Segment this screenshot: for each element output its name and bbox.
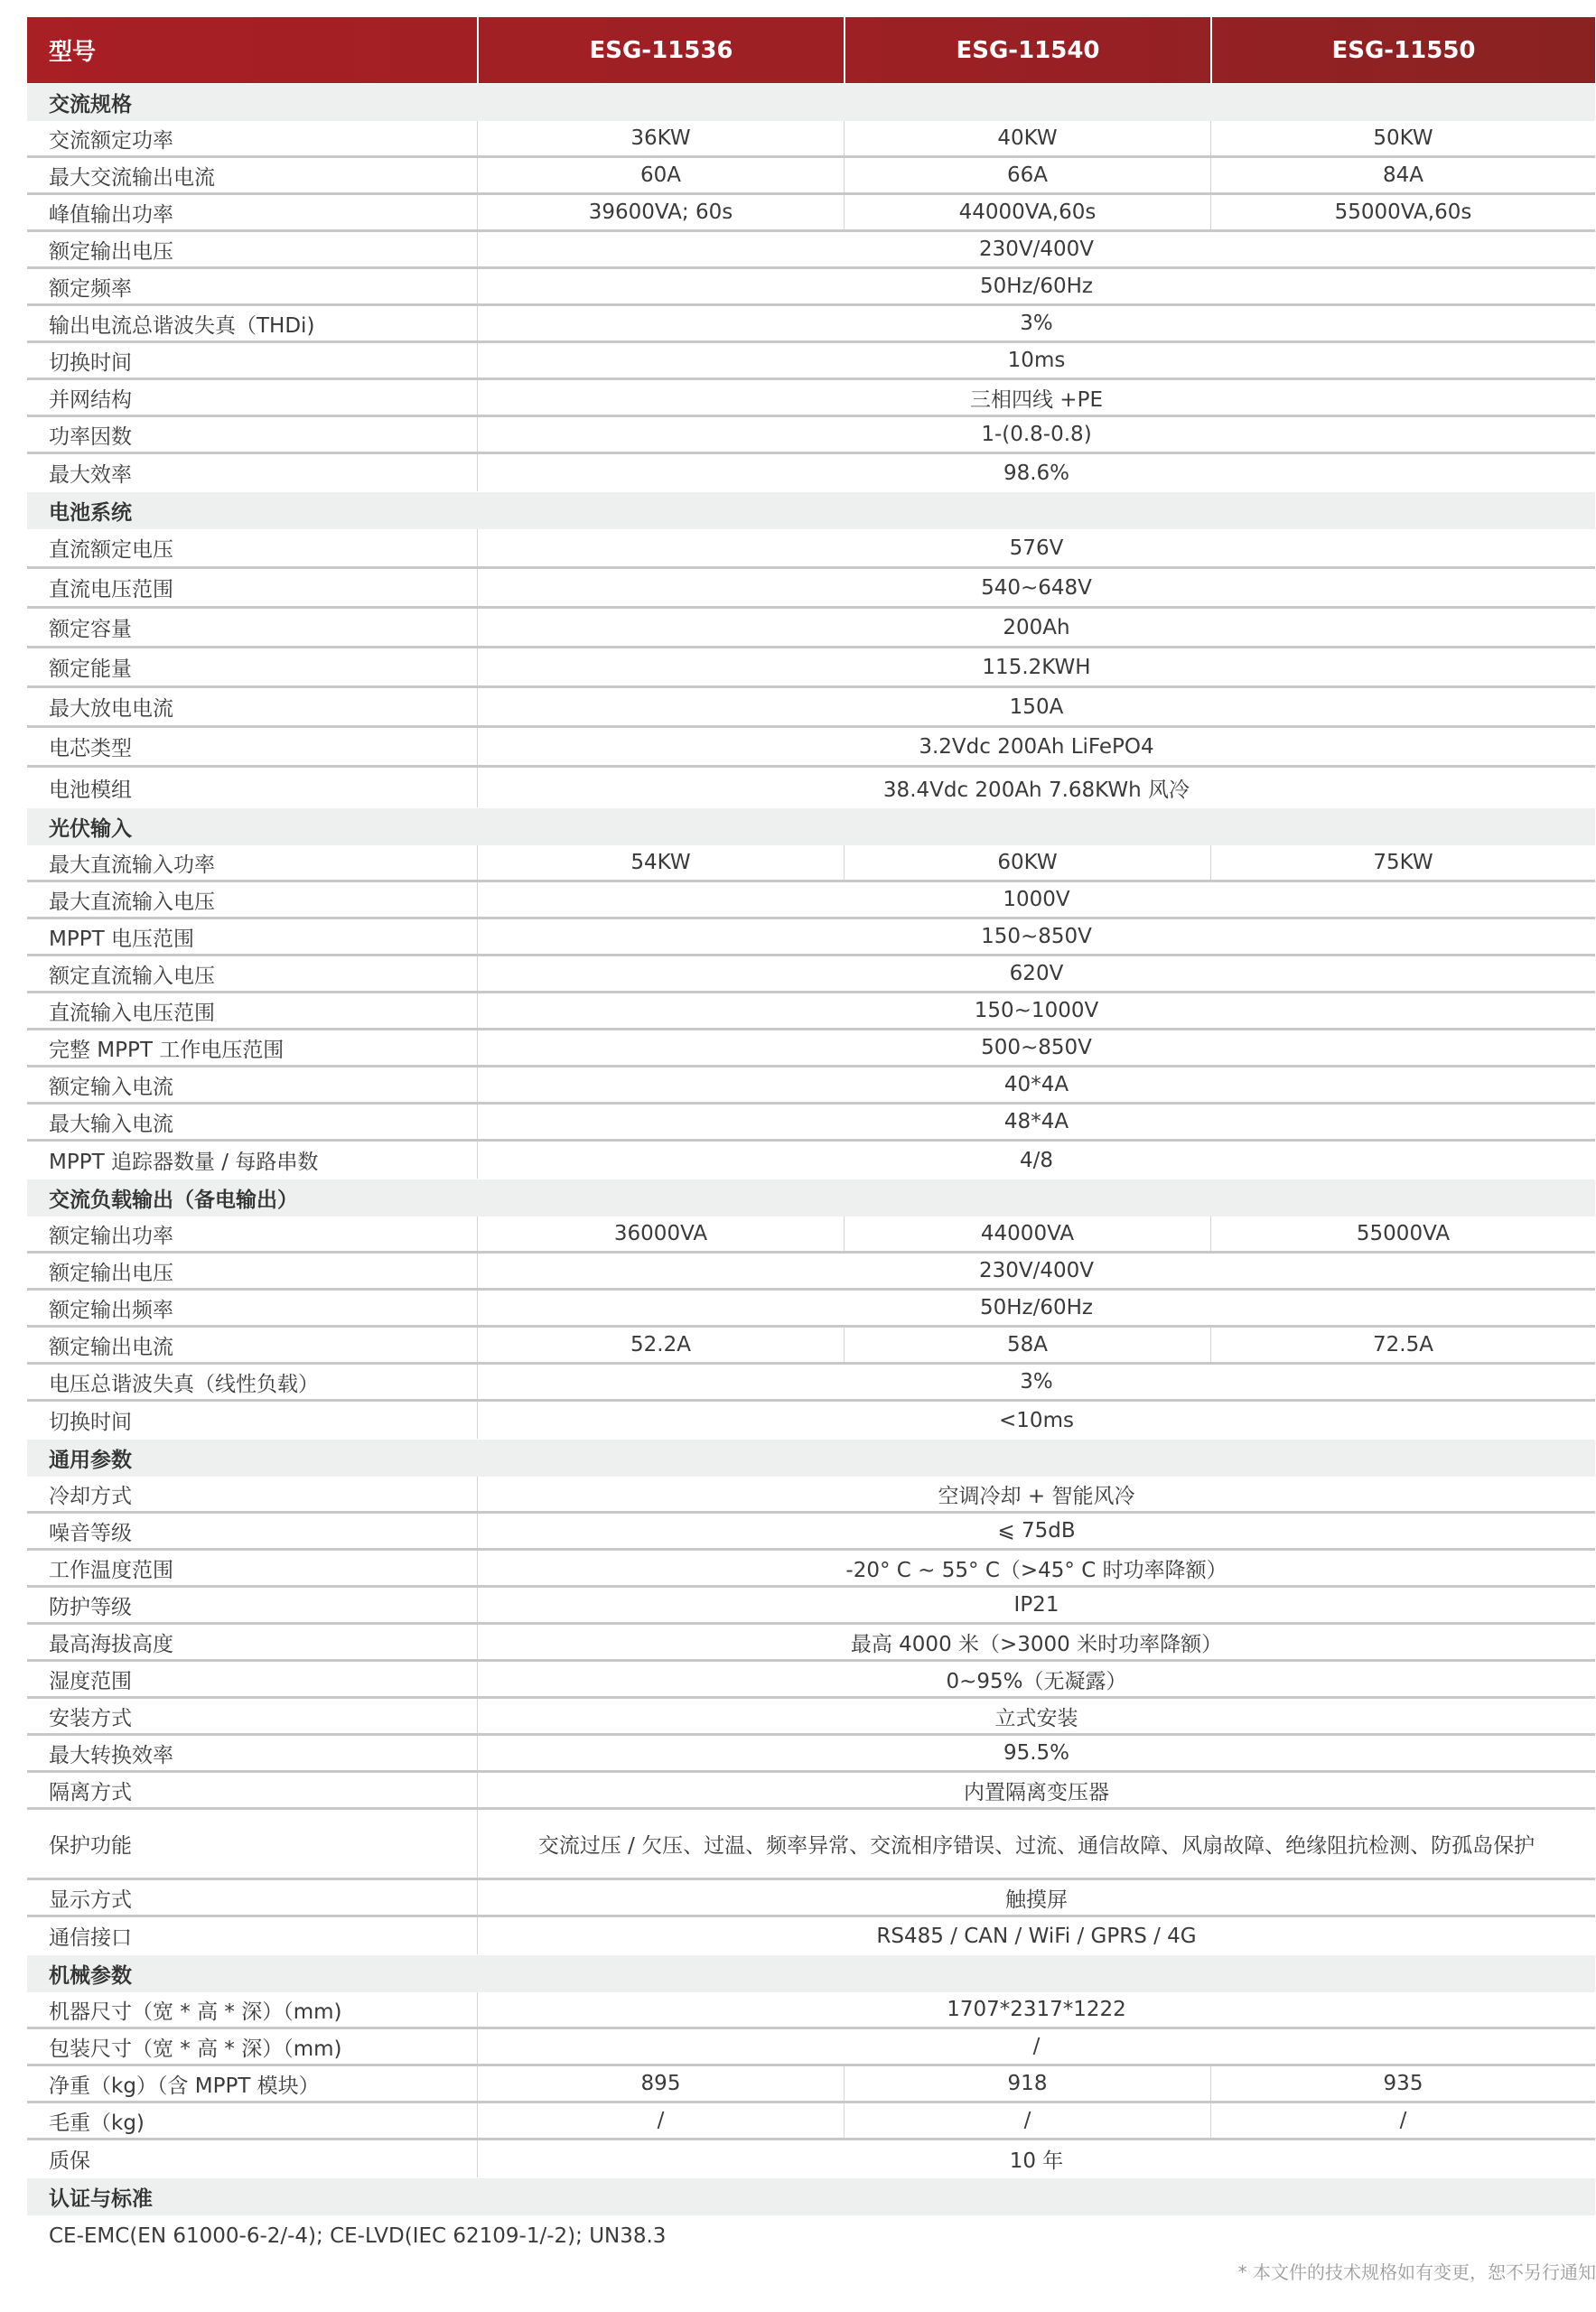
row-value-shared: 40*4A xyxy=(477,1067,1595,1102)
row-value-model-3: 935 xyxy=(1210,2066,1595,2101)
row-value-model-1: 895 xyxy=(477,2066,844,2101)
row-value-shared: ⩽ 75dB xyxy=(477,1514,1595,1548)
table-row: 额定容量200Ah xyxy=(27,609,1595,648)
row-label: 并网结构 xyxy=(27,380,477,415)
table-header: 型号 ESG-11536 ESG-11540 ESG-11550 xyxy=(27,17,1595,83)
header-label: 型号 xyxy=(27,17,477,83)
row-label: 完整 MPPT 工作电压范围 xyxy=(27,1030,477,1065)
table-row: 电压总谐波失真（线性负载）3% xyxy=(27,1365,1595,1402)
row-value-shared: 空调冷却 + 智能风冷 xyxy=(477,1477,1595,1511)
row-value-shared: 3.2Vdc 200Ah LiFePO4 xyxy=(477,728,1595,765)
row-label: 包装尺寸（宽 * 高 * 深）（mm) xyxy=(27,2029,477,2064)
row-label: MPPT 追踪器数量 / 每路串数 xyxy=(27,1142,477,1179)
section-header: 交流负载输出（备电输出） xyxy=(27,1179,1595,1217)
row-value-model-1: / xyxy=(477,2103,844,2138)
row-label: 最大输入电流 xyxy=(27,1105,477,1139)
row-label: 显示方式 xyxy=(27,1880,477,1915)
row-value-model-2: 44000VA xyxy=(844,1217,1210,1251)
table-row: 防护等级IP21 xyxy=(27,1588,1595,1625)
row-value-shared: 10 年 xyxy=(477,2140,1595,2177)
row-label: 直流额定电压 xyxy=(27,529,477,566)
row-label: 湿度范围 xyxy=(27,1662,477,1696)
table-row: MPPT 追踪器数量 / 每路串数4/8 xyxy=(27,1142,1595,1179)
certification-text: CE-EMC(EN 61000-6-2/-4); CE-LVD(IEC 6210… xyxy=(27,2215,1595,2256)
row-value-shared: 115.2KWH xyxy=(477,648,1595,685)
footnote: * 本文件的技术规格如有变更，恕不另行通知 xyxy=(1238,2258,1596,2284)
row-label: 净重（kg）（含 MPPT 模块） xyxy=(27,2066,477,2101)
table-row: 最大交流输出电流60A66A84A xyxy=(27,158,1595,195)
header-model-3: ESG-11550 xyxy=(1210,17,1595,83)
table-row: 直流电压范围540~648V xyxy=(27,569,1595,609)
table-row: 最大直流输入电压1000V xyxy=(27,882,1595,919)
row-value-shared: 交流过压 / 欠压、过温、频率异常、交流相序错误、过流、通信故障、风扇故障、绝缘… xyxy=(477,1810,1595,1878)
row-label: 额定输出电压 xyxy=(27,1254,477,1288)
table-row: 最大输入电流48*4A xyxy=(27,1105,1595,1142)
row-value-model-1: 36000VA xyxy=(477,1217,844,1251)
row-value-shared: 1000V xyxy=(477,882,1595,917)
row-value-model-2: 918 xyxy=(844,2066,1210,2101)
table-row: 额定输出频率50Hz/60Hz xyxy=(27,1291,1595,1328)
table-row: 最大转换效率95.5% xyxy=(27,1736,1595,1773)
table-row: 质保10 年 xyxy=(27,2140,1595,2177)
row-label: 功率因数 xyxy=(27,417,477,452)
row-label: 最高海拔高度 xyxy=(27,1625,477,1659)
table-row: 安装方式立式安装 xyxy=(27,1699,1595,1736)
row-label: 安装方式 xyxy=(27,1699,477,1733)
table-row: 最大效率98.6% xyxy=(27,454,1595,491)
row-value-shared: 95.5% xyxy=(477,1736,1595,1770)
section-header: 通用参数 xyxy=(27,1440,1595,1477)
row-value-model-3: 50KW xyxy=(1210,121,1595,155)
table-row: 切换时间10ms xyxy=(27,343,1595,380)
row-label: 最大直流输入电压 xyxy=(27,882,477,917)
row-value-shared: 50Hz/60Hz xyxy=(477,1291,1595,1325)
row-value-shared: 576V xyxy=(477,529,1595,566)
row-label: 额定频率 xyxy=(27,269,477,303)
row-label: 峰值输出功率 xyxy=(27,195,477,229)
row-value-shared: 150~1000V xyxy=(477,993,1595,1028)
row-label: 毛重（kg) xyxy=(27,2103,477,2138)
row-value-model-1: 60A xyxy=(477,158,844,192)
row-label: 最大直流输入功率 xyxy=(27,845,477,880)
row-value-model-1: 36KW xyxy=(477,121,844,155)
table-row: 通信接口RS485 / CAN / WiFi / GPRS / 4G xyxy=(27,1917,1595,1954)
row-value-model-1: 39600VA; 60s xyxy=(477,195,844,229)
row-value-shared: 230V/400V xyxy=(477,1254,1595,1288)
row-value-model-1: 54KW xyxy=(477,845,844,880)
row-label: 保护功能 xyxy=(27,1810,477,1878)
section-header: 机械参数 xyxy=(27,1955,1595,1992)
table-row: 额定输入电流40*4A xyxy=(27,1067,1595,1105)
row-value-shared: 0~95%（无凝露） xyxy=(477,1662,1595,1696)
row-label: 最大交流输出电流 xyxy=(27,158,477,192)
table-row: 电池模组38.4Vdc 200Ah 7.68KWh 风冷 xyxy=(27,768,1595,807)
row-value-shared: 50Hz/60Hz xyxy=(477,269,1595,303)
row-label: 直流输入电压范围 xyxy=(27,993,477,1028)
row-label: 额定输入电流 xyxy=(27,1067,477,1102)
row-label: 额定容量 xyxy=(27,609,477,646)
table-row: 最高海拔高度最高 4000 米（>3000 米时功率降额） xyxy=(27,1625,1595,1662)
table-row: 最大直流输入功率54KW60KW75KW xyxy=(27,845,1595,882)
table-row: 额定输出功率36000VA44000VA55000VA xyxy=(27,1217,1595,1254)
row-value-shared: 10ms xyxy=(477,343,1595,378)
row-value-shared: <10ms xyxy=(477,1402,1595,1439)
row-label: 切换时间 xyxy=(27,1402,477,1439)
spec-table: 型号 ESG-11536 ESG-11540 ESG-11550 交流规格交流额… xyxy=(27,17,1595,2256)
row-value-shared: 150~850V xyxy=(477,919,1595,954)
row-value-model-3: / xyxy=(1210,2103,1595,2138)
row-value-shared: 三相四线 +PE xyxy=(477,380,1595,415)
row-value-shared: 触摸屏 xyxy=(477,1880,1595,1915)
row-value-shared: 500~850V xyxy=(477,1030,1595,1065)
header-model-1: ESG-11536 xyxy=(477,17,844,83)
table-row: 交流额定功率36KW40KW50KW xyxy=(27,121,1595,158)
row-label: 机器尺寸（宽 * 高 * 深）（mm) xyxy=(27,1992,477,2027)
section-header: 电池系统 xyxy=(27,492,1595,529)
row-value-model-2: 60KW xyxy=(844,845,1210,880)
row-value-model-3: 55000VA xyxy=(1210,1217,1595,1251)
table-row: 额定频率50Hz/60Hz xyxy=(27,269,1595,306)
table-body: 交流规格交流额定功率36KW40KW50KW最大交流输出电流60A66A84A峰… xyxy=(27,84,1595,2256)
table-row: 功率因数1-(0.8-0.8) xyxy=(27,417,1595,454)
row-value-shared: 620V xyxy=(477,956,1595,991)
table-row: 噪音等级⩽ 75dB xyxy=(27,1514,1595,1551)
row-value-shared: 1-(0.8-0.8) xyxy=(477,417,1595,452)
table-row: 湿度范围0~95%（无凝露） xyxy=(27,1662,1595,1699)
table-row: 冷却方式空调冷却 + 智能风冷 xyxy=(27,1477,1595,1514)
row-label: 额定输出功率 xyxy=(27,1217,477,1251)
table-row: MPPT 电压范围150~850V xyxy=(27,919,1595,956)
row-label: 额定输出电流 xyxy=(27,1328,477,1362)
row-value-shared: -20° C ~ 55° C（>45° C 时功率降额） xyxy=(477,1551,1595,1585)
table-row: 净重（kg）（含 MPPT 模块）895918935 xyxy=(27,2066,1595,2103)
row-value-shared: 1707*2317*1222 xyxy=(477,1992,1595,2027)
row-label: 隔离方式 xyxy=(27,1773,477,1807)
header-model-2: ESG-11540 xyxy=(844,17,1210,83)
table-row: 输出电流总谐波失真（THDi)3% xyxy=(27,306,1595,343)
table-row: 直流输入电压范围150~1000V xyxy=(27,993,1595,1030)
table-row: 机器尺寸（宽 * 高 * 深）（mm)1707*2317*1222 xyxy=(27,1992,1595,2029)
table-row: 额定能量115.2KWH xyxy=(27,648,1595,688)
row-value-shared: 立式安装 xyxy=(477,1699,1595,1733)
row-label: 最大转换效率 xyxy=(27,1736,477,1770)
row-value-model-2: 44000VA,60s xyxy=(844,195,1210,229)
row-label: 质保 xyxy=(27,2140,477,2177)
row-value-model-3: 55000VA,60s xyxy=(1210,195,1595,229)
row-label: 冷却方式 xyxy=(27,1477,477,1511)
table-row: 工作温度范围-20° C ~ 55° C（>45° C 时功率降额） xyxy=(27,1551,1595,1588)
row-label: 输出电流总谐波失真（THDi) xyxy=(27,306,477,340)
row-label: 电池模组 xyxy=(27,768,477,807)
table-row: 隔离方式内置隔离变压器 xyxy=(27,1773,1595,1810)
row-value-model-3: 75KW xyxy=(1210,845,1595,880)
table-row: 保护功能交流过压 / 欠压、过温、频率异常、交流相序错误、过流、通信故障、风扇故… xyxy=(27,1810,1595,1880)
row-value-model-1: 52.2A xyxy=(477,1328,844,1362)
row-label: 防护等级 xyxy=(27,1588,477,1622)
row-label: 额定输出电压 xyxy=(27,232,477,266)
row-label: 最大放电电流 xyxy=(27,688,477,725)
row-value-shared: 98.6% xyxy=(477,454,1595,491)
row-value-model-3: 72.5A xyxy=(1210,1328,1595,1362)
row-label: 电芯类型 xyxy=(27,728,477,765)
table-row: 并网结构三相四线 +PE xyxy=(27,380,1595,417)
section-header: 交流规格 xyxy=(27,84,1595,121)
row-label: MPPT 电压范围 xyxy=(27,919,477,954)
row-value-shared: IP21 xyxy=(477,1588,1595,1622)
row-label: 最大效率 xyxy=(27,454,477,491)
row-value-shared: 540~648V xyxy=(477,569,1595,606)
row-label: 额定输出频率 xyxy=(27,1291,477,1325)
table-row: 毛重（kg)/// xyxy=(27,2103,1595,2140)
row-label: 额定能量 xyxy=(27,648,477,685)
table-row: 额定直流输入电压620V xyxy=(27,956,1595,993)
row-value-shared: 230V/400V xyxy=(477,232,1595,266)
table-row: 直流额定电压576V xyxy=(27,529,1595,569)
row-label: 交流额定功率 xyxy=(27,121,477,155)
row-value-shared: / xyxy=(477,2029,1595,2064)
row-value-shared: 38.4Vdc 200Ah 7.68KWh 风冷 xyxy=(477,768,1595,807)
row-label: 通信接口 xyxy=(27,1917,477,1954)
row-label: 工作温度范围 xyxy=(27,1551,477,1585)
row-value-model-2: / xyxy=(844,2103,1210,2138)
table-row: 显示方式触摸屏 xyxy=(27,1880,1595,1917)
table-row: 电芯类型3.2Vdc 200Ah LiFePO4 xyxy=(27,728,1595,768)
table-row: 额定输出电压230V/400V xyxy=(27,232,1595,269)
row-label: 切换时间 xyxy=(27,343,477,378)
row-value-model-2: 58A xyxy=(844,1328,1210,1362)
table-row: 完整 MPPT 工作电压范围500~850V xyxy=(27,1030,1595,1067)
row-value-model-3: 84A xyxy=(1210,158,1595,192)
row-label: 额定直流输入电压 xyxy=(27,956,477,991)
row-value-shared: 150A xyxy=(477,688,1595,725)
row-value-shared: 3% xyxy=(477,306,1595,340)
section-header: 认证与标准 xyxy=(27,2178,1595,2215)
row-value-model-2: 66A xyxy=(844,158,1210,192)
row-value-shared: 内置隔离变压器 xyxy=(477,1773,1595,1807)
row-value-shared: 最高 4000 米（>3000 米时功率降额） xyxy=(477,1625,1595,1659)
row-label: 直流电压范围 xyxy=(27,569,477,606)
table-row: 峰值输出功率39600VA; 60s44000VA,60s55000VA,60s xyxy=(27,195,1595,232)
row-value-shared: 48*4A xyxy=(477,1105,1595,1139)
row-label: 噪音等级 xyxy=(27,1514,477,1548)
section-header: 光伏输入 xyxy=(27,808,1595,845)
row-value-shared: RS485 / CAN / WiFi / GPRS / 4G xyxy=(477,1917,1595,1954)
table-row: 额定输出电压230V/400V xyxy=(27,1254,1595,1291)
row-value-shared: 4/8 xyxy=(477,1142,1595,1179)
row-label: 电压总谐波失真（线性负载） xyxy=(27,1365,477,1399)
table-row: 切换时间<10ms xyxy=(27,1402,1595,1439)
row-value-shared: 3% xyxy=(477,1365,1595,1399)
table-row: 包装尺寸（宽 * 高 * 深）（mm)/ xyxy=(27,2029,1595,2066)
row-value-shared: 200Ah xyxy=(477,609,1595,646)
row-value-model-2: 40KW xyxy=(844,121,1210,155)
table-row: 额定输出电流52.2A58A72.5A xyxy=(27,1328,1595,1365)
table-row: 最大放电电流150A xyxy=(27,688,1595,728)
